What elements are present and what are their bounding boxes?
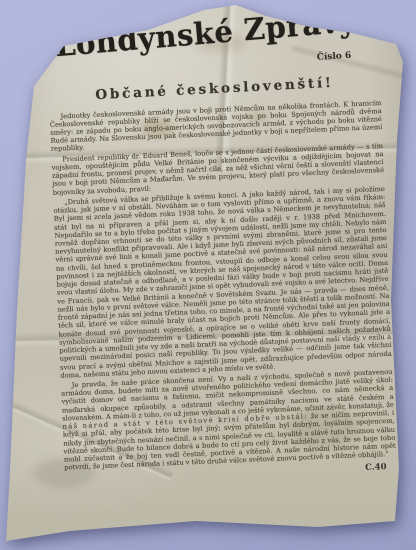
photo-background: Londýnské Zprávy Číslo 6 Občané českoslo… [0, 0, 416, 550]
leaflet-paper: Londýnské Zprávy Číslo 6 Občané českoslo… [0, 0, 416, 550]
paper-shadow-wrap: Londýnské Zprávy Číslo 6 Občané českoslo… [0, 0, 416, 550]
body-paragraph-3: „Druhá světová válka se přibližuje k své… [53, 185, 392, 380]
body-paragraph-4: Je pravda, že naše práce skončena není. … [61, 368, 397, 472]
body-text: Jednotky československé armády jsou v bo… [49, 99, 396, 473]
leaflet-content: Londýnské Zprávy Číslo 6 Občané českoslo… [46, 18, 397, 485]
